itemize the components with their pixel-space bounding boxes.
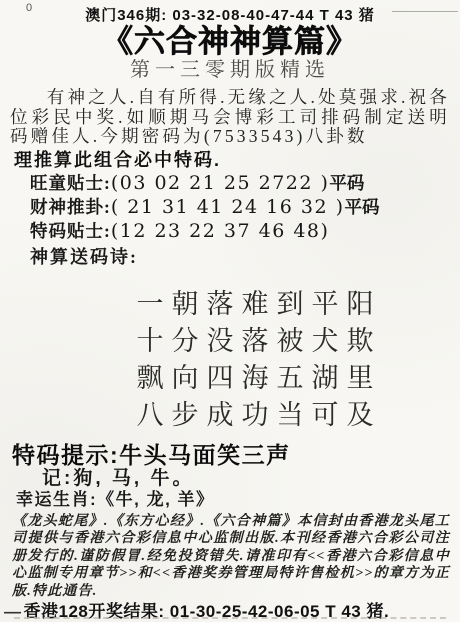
poem-line: 十分没落被犬欺 bbox=[62, 323, 456, 360]
poem-heading: 神算送码诗: bbox=[30, 246, 456, 268]
tip-label: 特码贴士: bbox=[30, 221, 111, 241]
hk-draw-result-line: —香港128开奖结果: 01-30-25-42-06-05 T 43 猪. bbox=[4, 602, 456, 622]
tip-numbers: ( 21 31 41 24 16 32 ) bbox=[111, 196, 345, 218]
tip-numbers: (03 02 21 25 2722 ) bbox=[111, 172, 330, 194]
footer-dashed-rule bbox=[14, 617, 446, 619]
tip-label: 财神推卦: bbox=[30, 197, 111, 217]
tip-row-tema: 特码贴士:(12 23 22 37 46 48) bbox=[30, 220, 456, 244]
tip-numbers: (12 23 22 37 46 48) bbox=[111, 220, 330, 242]
macau-draw-result-line: 澳门346期: 03-32-08-40-47-44 T 43 猪 bbox=[4, 4, 456, 25]
special-code-hint: 特码提示:牛头马面笑三声 bbox=[12, 442, 456, 468]
poem-line: 飘向四海五湖里 bbox=[62, 360, 456, 397]
lucky-zodiac-line: 幸运生肖:《牛, 龙, 羊》 bbox=[16, 489, 456, 510]
tip-suffix: 平码 bbox=[329, 173, 364, 193]
sheet-subtitle: 第一三零期版精选 bbox=[4, 59, 456, 81]
disclaimer-paragraph: 《龙头蛇尾》.《东方心经》.《六合神篇》本信封由香港龙头尾工司提供与香港六合彩信… bbox=[12, 513, 450, 601]
tip-label: 旺童贴士: bbox=[30, 173, 111, 193]
sheet-title: 《六合神神算篇》 bbox=[4, 25, 456, 59]
tip-row-caishen: 财神推卦:( 21 31 41 24 16 32 )平码 bbox=[30, 196, 456, 220]
tip-row-wangtong: 旺童贴士:(03 02 21 25 2722 )平码 bbox=[30, 172, 456, 196]
zodiac-note: 记:狗, 马, 牛。 bbox=[42, 468, 456, 489]
intro-paragraph: 有神之人.自有所得.无缘之人.处莫强求.祝各位彩民中奖.如顺期马会博彩工司排码制… bbox=[10, 88, 450, 147]
poem-block: 一朝落难到平阳 十分没落被犬欺 飘向四海五湖里 八步成功当可及 bbox=[4, 286, 456, 434]
page-corner-mark: 0 bbox=[26, 2, 32, 14]
poem-line: 八步成功当可及 bbox=[62, 397, 456, 434]
tip-suffix: 平码 bbox=[345, 197, 380, 217]
header-rule bbox=[392, 11, 458, 12]
tips-block: 旺童贴士:(03 02 21 25 2722 )平码 财神推卦:( 21 31 … bbox=[30, 172, 456, 244]
poem-line: 一朝落难到平阳 bbox=[62, 286, 456, 323]
scanned-lottery-tip-sheet: 0 澳门346期: 03-32-08-40-47-44 T 43 猪 《六合神神… bbox=[0, 0, 460, 622]
prediction-section-heading: 理推算此组合必中特码. bbox=[14, 150, 456, 171]
